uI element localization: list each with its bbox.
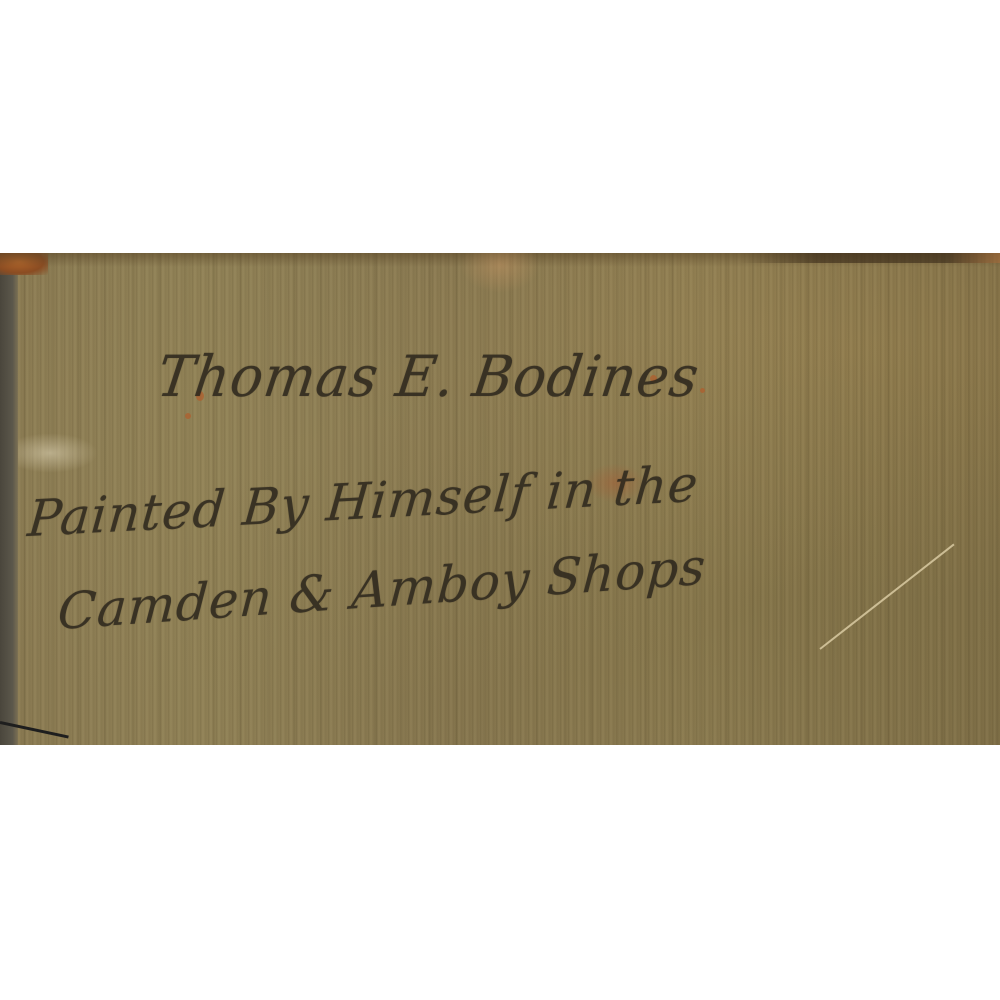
paint-wear-spot	[18, 433, 98, 473]
panel-left-edge	[0, 253, 18, 745]
panel-photograph: Thomas E. Bodines Painted By Himself in …	[0, 253, 1000, 745]
inscription-line-3: Camden & Amboy Shops	[56, 537, 708, 641]
inscription-line-2: Painted By Himself in the	[25, 455, 701, 548]
scratch-mark	[460, 253, 540, 293]
rust-spot	[700, 388, 705, 393]
paint-crack	[819, 544, 954, 650]
top-edge-dark	[740, 253, 1000, 263]
rust-spot	[185, 413, 191, 419]
inscription-name: Thomas E. Bodines	[153, 343, 703, 409]
